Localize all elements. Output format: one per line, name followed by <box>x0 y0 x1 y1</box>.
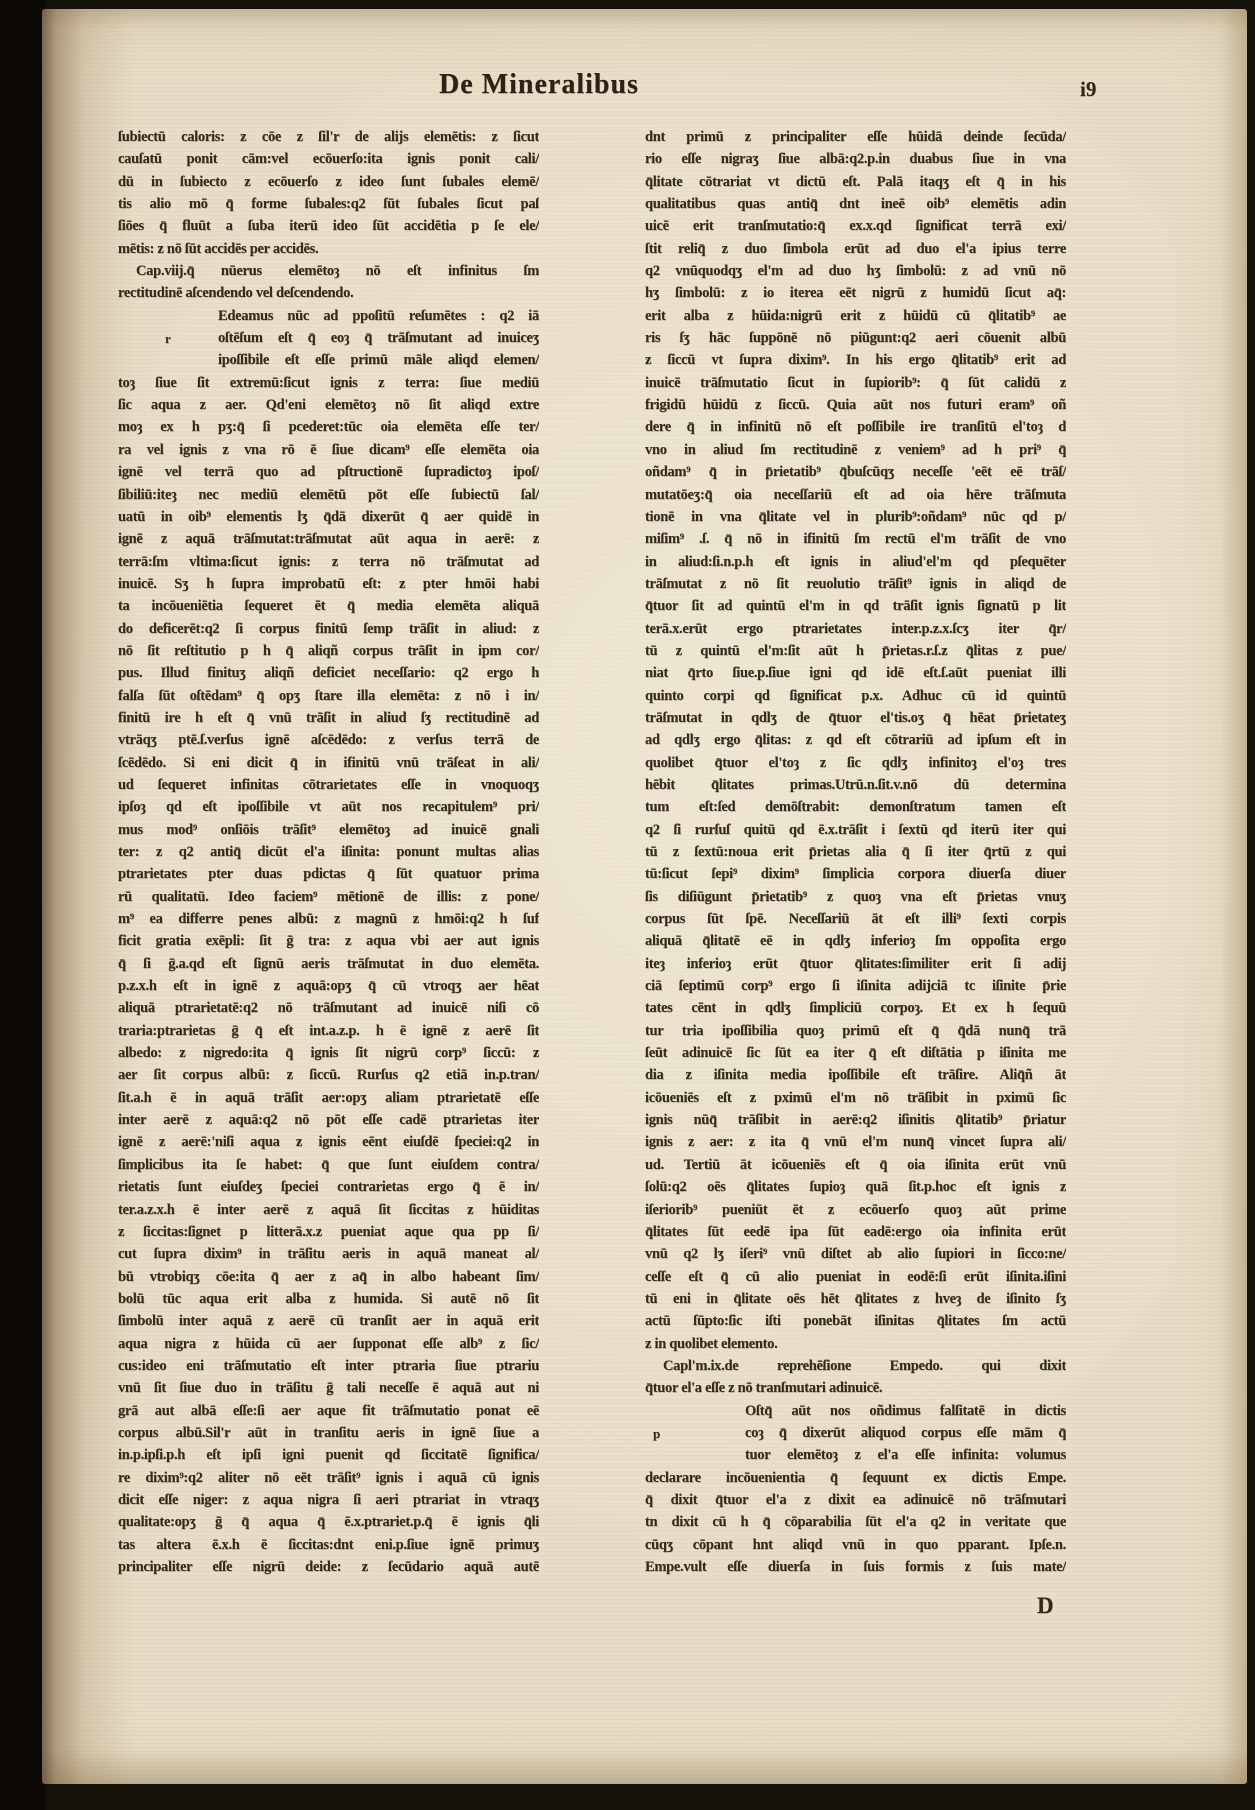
text-line: vno in aliud ſm rectitudinē z veniem⁹ ad… <box>645 439 1066 461</box>
text-line: tas altera ē.x.h ē ſiccitas:dnt eni.p.ſi… <box>118 1534 539 1556</box>
text-line: tuor elemētoȝ z el'a eſſe infinita: volu… <box>645 1444 1066 1466</box>
text-line: dia z iſinita media ipoſſibile eſt trāſi… <box>645 1064 1066 1086</box>
text-line: vnū ſit ſiue duo in trāſitu ḡ tali neceſ… <box>118 1377 539 1399</box>
text-line: z in quolibet elemento. <box>645 1333 1066 1355</box>
text-line: q̄litate cōtrariat vt dictū eſt. Palā it… <box>645 171 1066 193</box>
text-line: icōueniēs eſt z pximū el'm nō trāſibit i… <box>645 1087 1066 1109</box>
text-line: grā aut albā eſſe:ſi aer aque fit trāſmu… <box>118 1400 539 1422</box>
text-line: albedo: z nigredo:ita q̄ ignis ſit nigrū… <box>118 1042 539 1064</box>
text-line: hēbit q̄litates primas.Utrū.n.ſit.v.nō d… <box>645 774 1066 796</box>
text-line: ciā ſeptimū corp⁹ ergo ſi iſinita adijci… <box>645 975 1066 997</box>
text-line: rectitudinē aſcendendo vel deſcendendo. <box>118 282 539 304</box>
text-line: vnū q2 lʒ iſeri⁹ vnū diſtet ab alio ſupi… <box>645 1243 1066 1265</box>
text-line: tn dixit cū h q̄ cōparabilia ſūt el'a q2… <box>645 1511 1066 1533</box>
text-line: ud. Tertiū āt icōueniēs eſt q̄ oia iſini… <box>645 1154 1066 1176</box>
text-line: ſcēdēdo. Si eni dicit q̄ in ifinitū vnū … <box>118 752 539 774</box>
text-line: iteȝ inferioȝ erūt q̄tuor q̄litates:ſimi… <box>645 953 1066 975</box>
text-line: moȝ ex h pʒ:q̄ ſi pcederet:tūc oia elemē… <box>118 416 539 438</box>
text-line: ſubiectū caloris: z cōe z ſil'r de alijs… <box>118 126 539 148</box>
text-line: aer ſit corpus albū: z ſiccū. Rurſus q2 … <box>118 1064 539 1086</box>
text-line: ipoſſibile eſt eſſe primū māle aliqd ele… <box>118 349 539 371</box>
text-line: p.z.x.h eſt in ignē z aquā:opʒ q̄ cū vtr… <box>118 975 539 997</box>
text-line: falſa ſūt oſtēdam⁹ q̄ opʒ ſtare illa ele… <box>118 685 539 707</box>
text-line: uatū in oib⁹ elementis lʒ q̄dā dixerūt q… <box>118 506 539 528</box>
text-column-left: ſubiectū caloris: z cōe z ſil'r de alijs… <box>118 126 539 1578</box>
text-line: ſic aqua z aer. Qd'eni elemētoȝ nō ſit a… <box>118 394 539 416</box>
text-line: ſiōes q̄ fluūt a ſuba iterū ideo ſūt acc… <box>118 215 539 237</box>
text-line: ſimbolū inter aquā z aerē cū tranſit aer… <box>118 1310 539 1332</box>
text-line: tū eni in q̄litate oēs hēt q̄litates z h… <box>645 1288 1066 1310</box>
text-line: ſimplicibus ita ſe habet: q̄ que ſunt ei… <box>118 1154 539 1176</box>
text-line: cus:ideo eni trāſmutatio eſt inter ptrar… <box>118 1355 539 1377</box>
text-line: oſtēſum eſt q̄ eoȝ q̄ trāſmutant ad inui… <box>118 327 539 349</box>
text-line: tum eſt:ſed demōſtrabit: demonſtratum ta… <box>645 796 1066 818</box>
text-line: uicē erit tranſmutatio:q̄ ex.x.qd ſignif… <box>645 215 1066 237</box>
text-line: finitū ire h eſt q̄ vnū trāſit in aliud … <box>118 707 539 729</box>
text-line: Oſtq̄ aūt nos oñdimus falſitatē in dicti… <box>645 1400 1066 1422</box>
text-line: ſtit reliq̄ z duo ſimbola erūt ad duo el… <box>645 238 1066 260</box>
text-line: aliquā q̄litatē eē in qdlʒ inferioȝ ſm o… <box>645 930 1066 952</box>
text-line: bū vtrobiqʒ cōe:ita q̄ aer z aq̄ in albo… <box>118 1266 539 1288</box>
text-line: cut ſupra dixim⁹ in trāſitu aeris in aqu… <box>118 1243 539 1265</box>
text-line: toȝ ſiue ſit extremū:ſicut ignis z terra… <box>118 372 539 394</box>
incunabulum-scan: { "page": { "header_title": "De Minerali… <box>0 0 1255 1810</box>
text-line: quolibet q̄tuor el'toȝ z ſic qdlʒ infini… <box>645 752 1066 774</box>
text-line: cauſatū ponit cām:vel ecōuerſo:ita ignis… <box>118 148 539 170</box>
text-line: tū z ſextū:noua erit p̄rietas alia q̄ ſi… <box>645 841 1066 863</box>
text-line: ignē z aquā trāſmutat:trāſmutat aūt aqua… <box>118 528 539 550</box>
text-line: ignis z aer: z ita q̄ vnū el'm nunq̄ vin… <box>645 1131 1066 1153</box>
text-line: hʒ ſimbolū: z io iterea eēt nigrū z humi… <box>645 282 1066 304</box>
text-line: re dixim⁹:q2 aliter nō eēt trāſit⁹ ignis… <box>118 1467 539 1489</box>
text-line: ter: z q2 antiq̄ dicūt el'a iſinita: pon… <box>118 841 539 863</box>
text-line: Capl'm.ix.de reprehēſione Empedo. qui di… <box>645 1355 1066 1377</box>
text-line: inuicē trāſmutatio ſicut in ſupiorib⁹: q… <box>645 372 1066 394</box>
text-line: rietatis ſunt eiuſdeʒ ſpeciei contrariet… <box>118 1176 539 1198</box>
text-line: ter.a.z.x.h ē inter aerē z aquā ſit ſicc… <box>118 1199 539 1221</box>
text-line: tis alio mō q̄ forme ſubales:q2 ſūt ſuba… <box>118 193 539 215</box>
text-line: frigidū hūidū z ſiccū. Quia aūt nos futu… <box>645 394 1066 416</box>
text-line: ipſoȝ qd eſt ipoſſibile vt aūt nos recap… <box>118 796 539 818</box>
text-line: inter aerē z aquā:q2 nō pōt eſſe cadē pt… <box>118 1109 539 1131</box>
text-line: trāſmutat in qdlʒ de q̄tuor el'tis.oʒ q̄… <box>645 707 1066 729</box>
text-line: bolū tūc aqua erit alba z humida. Si aut… <box>118 1288 539 1310</box>
text-line: mētis: z nō ſūt accidēs per accidēs. <box>118 238 539 260</box>
text-line: rio eſſe nigraʒ ſiue albā:q2.p.in duabus… <box>645 148 1066 170</box>
text-line: q̄tuor el'a eſſe z nō tranſmutari adinui… <box>645 1377 1066 1399</box>
text-line: ficit gratia exēpli: ſit ḡ tra: z aqua v… <box>118 930 539 952</box>
text-line: q̄tuor ſit ad quintū el'm in qd trāſit i… <box>645 595 1066 617</box>
text-line: traria:ptrarietas ḡ q̄ eſt int.a.z.p. h … <box>118 1020 539 1042</box>
text-line: in.p.ipſi.p.h eſt ipſi igni puenit qd ſi… <box>118 1444 539 1466</box>
text-line: ſolū:q2 oēs q̄litates ſupioȝ quā ſit.p.h… <box>645 1176 1066 1198</box>
text-line: tates cēnt in qdlʒ ſimpliciū corpoȝ. Et … <box>645 997 1066 1019</box>
text-line: terrā:ſm vltima:ſicut ignis: z terra nō … <box>118 551 539 573</box>
text-line: ſit.a.h ē in aquā trāſit aer:opʒ aliam p… <box>118 1087 539 1109</box>
text-line: mutatōeʒ:q̄ oia neceſſariū eſt ad oia hē… <box>645 484 1066 506</box>
initial-guide-letter: r <box>165 328 170 349</box>
text-line: principaliter eſſe nigrū deide: z ſecūda… <box>118 1556 539 1578</box>
text-line: dnt primū z principaliter eſſe hūidā dei… <box>645 126 1066 148</box>
text-line: ceſſe eſt q̄ cū alio pueniat in eodē:ſi … <box>645 1266 1066 1288</box>
text-line: quinto corpi qd ſignificat p.x. Adhuc cū… <box>645 685 1066 707</box>
text-line: Empe.vult eſſe diuerſa in ſuis formis z … <box>645 1556 1066 1578</box>
text-line: nō ſit reſtitutio p h q̄ aliqñ corpus tr… <box>118 640 539 662</box>
text-line: terā.x.erūt ergo ptrarietates inter.p.z.… <box>645 618 1066 640</box>
text-line: ud ſequeret infinitas cōtrarietates eſſe… <box>118 774 539 796</box>
text-line: ſeūt adinuicē ſic ſūt ea iter q̄ eſt diſ… <box>645 1042 1066 1064</box>
text-line: tionē in vna q̄litate vel in plurib⁹:oñd… <box>645 506 1066 528</box>
text-line: q2 vnūquodqʒ el'm ad duo hʒ ſimbolū: z a… <box>645 260 1066 282</box>
text-line: qualitatibus quas antiq̄ dnt ineē oib⁹ e… <box>645 193 1066 215</box>
text-column-right: dnt primū z principaliter eſſe hūidā dei… <box>645 126 1066 1578</box>
text-line: tū:ſicut ſepi⁹ dixim⁹ ſimplicia corpora … <box>645 863 1066 885</box>
text-line: niat q̄rto ſiue.p.ſiue igni qd idē eſt.ſ… <box>645 662 1066 684</box>
text-line: cūqʒ cōpant hnt aliqd vnū in quo pparant… <box>645 1534 1066 1556</box>
book-gutter-shadow <box>0 0 46 1810</box>
text-line: tur tria ipoſſibilia quoȝ primū eſt q̄ q… <box>645 1020 1066 1042</box>
text-line: rū qualitatū. Ideo faciem⁹ mētionē de il… <box>118 886 539 908</box>
text-line: ta incōueniētia ſequeret ēt q̄ media ele… <box>118 595 539 617</box>
text-line: ris ſʒ hāc ſuppōnē nō piūgunt:q2 aeri cō… <box>645 327 1066 349</box>
text-line: corpus albū.Sil'r aūt in tranſitu aeris … <box>118 1422 539 1444</box>
text-line: ad qdlʒ ergo q̄litas: z qd eſt cōtrariū … <box>645 729 1066 751</box>
signature-mark: D <box>1037 1593 1054 1619</box>
text-line: Cap.viij.q̄ nūerus elemētoȝ nō eſt infin… <box>118 260 539 282</box>
text-line: dicit eſſe niger: z aqua nigra ſi aeri p… <box>118 1489 539 1511</box>
text-line: tū z quintū el'm:ſit aūt h p̄rietas.r.ſ.… <box>645 640 1066 662</box>
folio-number: i9 <box>1080 77 1096 102</box>
text-line: ignē z aerē:'niſi aqua z ignis eēnt eiuſ… <box>118 1131 539 1153</box>
text-line: ignē vel terrā quo ad pſtructionē ſuprad… <box>118 461 539 483</box>
text-line: z ſiccitas:ſignet p litterā.x.z pueniat … <box>118 1221 539 1243</box>
text-line: aqua nigra z hūida cū aer ſupponat eſſe … <box>118 1333 539 1355</box>
text-line: pus. Illud finituʒ aliqñ deficiet neceſſ… <box>118 662 539 684</box>
text-line: inuicē. Sʒ h ſupra improbatū eſt: z pter… <box>118 573 539 595</box>
text-line: corpus ſūt ſpē. Neceſſariū āt eſt illi⁹ … <box>645 908 1066 930</box>
text-line: q̄litates ſūt eedē ipa ſūt eadē:ergo oia… <box>645 1221 1066 1243</box>
page-paper: De Mineralibus i9 ſubiectū caloris: z cō… <box>42 9 1247 1784</box>
text-line: m⁹ ea differre penes albū: z magnū z hmō… <box>118 908 539 930</box>
text-line: aliquā ptrarietatē:q2 nō trāſmutant ad i… <box>118 997 539 1019</box>
text-line: in aliud:ſi.n.p.h eſt ignis in aliud'el'… <box>645 551 1066 573</box>
text-line: erit alba z hūida:nigrū erit z hūidū cū … <box>645 305 1066 327</box>
text-line: coȝ q̄ dixerūt aliquod corpus eſſe mām q… <box>645 1422 1066 1444</box>
text-line: ſibiliū:iteȝ nec mediū elemētū pōt eſſe … <box>118 484 539 506</box>
text-line: iſeriorib⁹ pueniūt ēt z ecōuerſo quoȝ aū… <box>645 1199 1066 1221</box>
text-line: mus mod⁹ onſiōis trāſit⁹ elemētoȝ ad inu… <box>118 819 539 841</box>
text-line: vtrāqʒ ptē.ſ.verſus ignē aſcēdēdo: z ver… <box>118 729 539 751</box>
text-line: declarare incōuenientia q̄ ſequunt ex di… <box>645 1467 1066 1489</box>
text-line: dū in ſubiecto z ecōuerſo z ideo ſunt ſu… <box>118 171 539 193</box>
text-line: q̄ ſi ḡ.a.qd eſt ſignū aeris trāſmutat i… <box>118 953 539 975</box>
text-line: trāſmutat z nō ſit reuolutio trāſit⁹ ign… <box>645 573 1066 595</box>
text-line: actū ſūpto:ſic iſti ponebāt iſinitas q̄l… <box>645 1310 1066 1332</box>
text-line: do deficerēt:q2 ſi corpus finitū ſemp tr… <box>118 618 539 640</box>
running-header-title: De Mineralibus <box>414 69 664 101</box>
text-line: Edeamus nūc ad ppoſitū reſumētes : q2 iā <box>118 305 539 327</box>
text-line: ſis diſiūgunt p̄rietatib⁹ z quoȝ vna eſt… <box>645 886 1066 908</box>
initial-guide-letter: p <box>653 1423 660 1444</box>
text-line: miſim⁹ .ſ. q̄ nō in ifinitū ſm rectū el'… <box>645 528 1066 550</box>
text-line: q2 ſi rurſuſ quitū qd ē.x.trāſit i ſextū… <box>645 819 1066 841</box>
text-line: dere q̄ in infinitū nō eſt poſſibile ire… <box>645 416 1066 438</box>
text-line: qualitate:opʒ ḡ q̄ aqua q̄ ē.x.ptrariet.… <box>118 1511 539 1533</box>
text-line: oñdam⁹ q̄ in p̄rietatib⁹ q̄buſcūqʒ neceſ… <box>645 461 1066 483</box>
text-line: ptrarietates pter duas pdictas q̄ ſūt qu… <box>118 863 539 885</box>
text-line: ignis nūq̄ trāſibit in aerē:q2 iſinitis … <box>645 1109 1066 1131</box>
text-line: z ſiccū vt ſupra dixim⁹. In his ergo q̄l… <box>645 349 1066 371</box>
text-line: ra vel ignis z vna rō ē ſiue dicam⁹ eſſe… <box>118 439 539 461</box>
text-line: q̄ dixit q̄tuor el'a z dixit ea adinuicē… <box>645 1489 1066 1511</box>
